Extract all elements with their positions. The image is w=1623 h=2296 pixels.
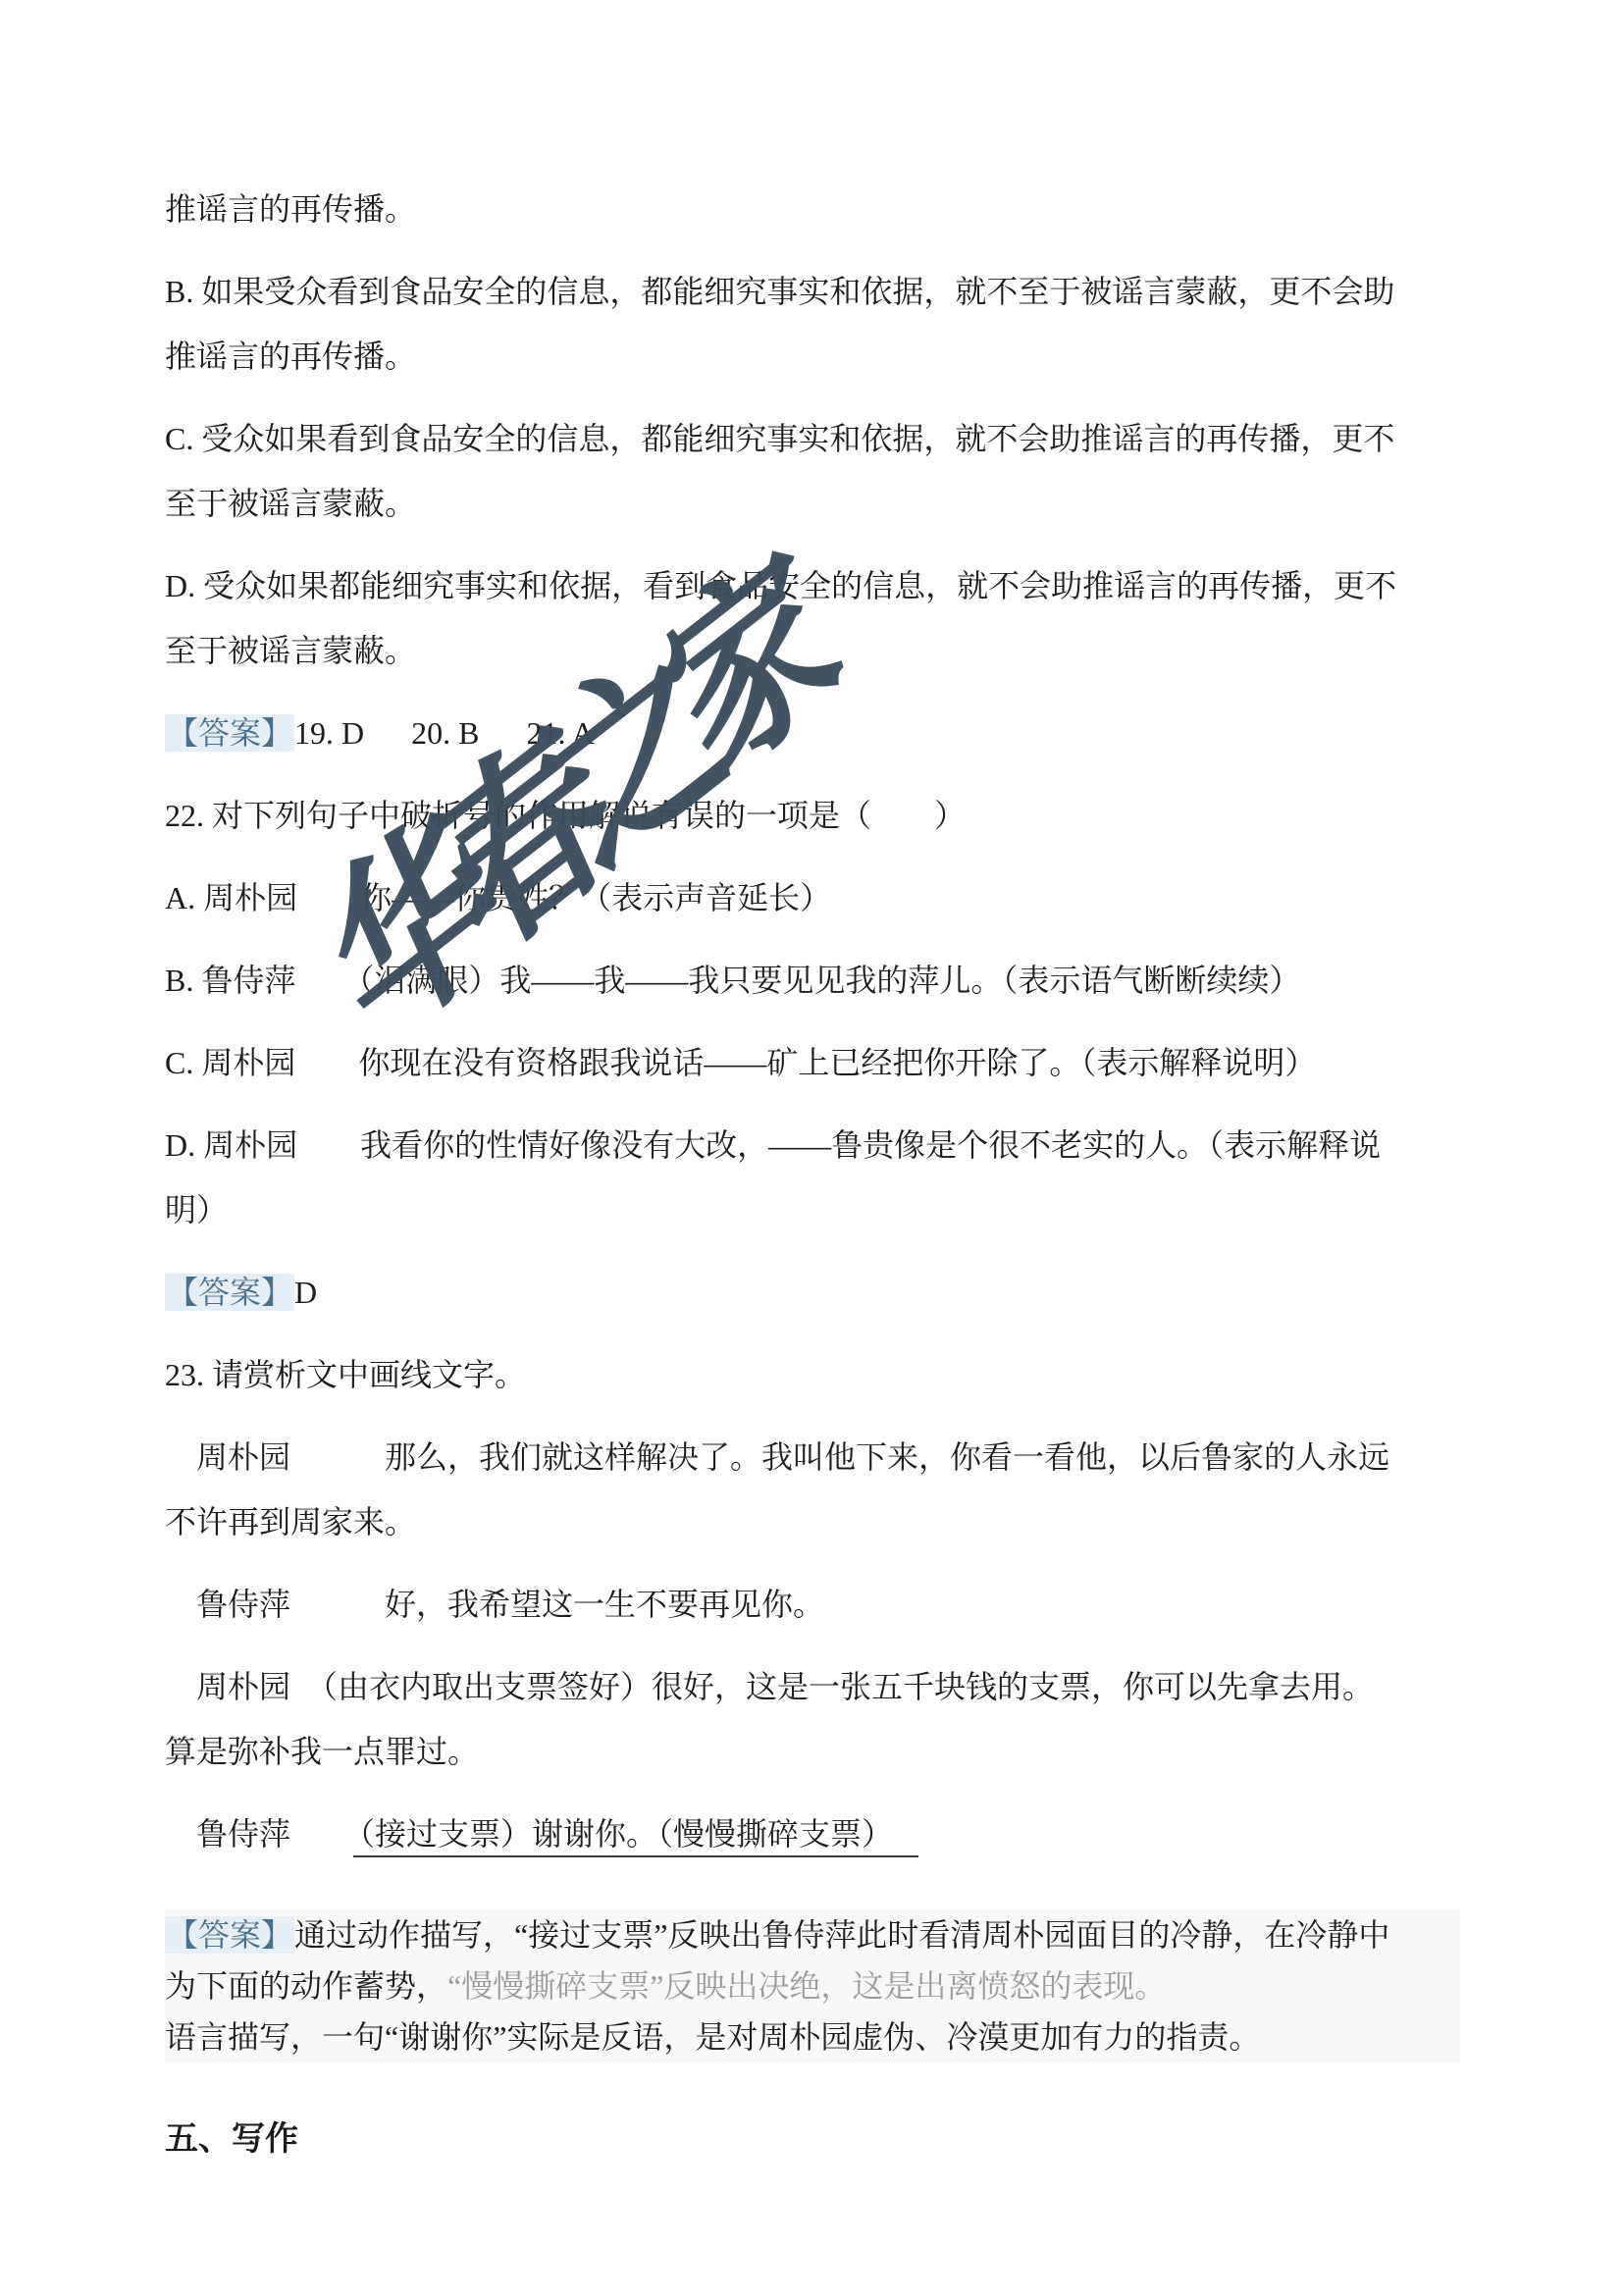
answer-label: 【答案】 [165,1916,294,1954]
q22-option-a: A. 周朴园 你——你贵姓？（表示声音延长） [165,865,1460,930]
q23-dialogue-3: 周朴园 （由衣内取出支票签好）很好，这是一张五千块钱的支票，你可以先拿去用。 算… [165,1654,1460,1784]
q23-dialogue-1: 周朴园 那么，我们就这样解决了。我叫他下来，你看一看他，以后鲁家的人永远 不许再… [165,1425,1460,1554]
q22-option-d: D. 周朴园 我看你的性情好像没有大改，——鲁贵像是个很不老实的人。（表示解释说… [165,1113,1460,1242]
q23-answer-block: 【答案】通过动作描写，“接过支票”反映出鲁侍萍此时看清周朴园面目的冷静，在冷静中… [165,1909,1460,2062]
q23-dialogue-2: 鲁侍萍 好，我希望这一生不要再见你。 [165,1572,1460,1637]
document-page: 华春之家 推谣言的再传播。 B. 如果受众看到食品安全的信息，都能细究事实和依据… [0,0,1623,2296]
q21-option-c: C. 受众如果看到食品安全的信息，都能细究事实和依据，就不会助推谣言的再传播，更… [165,406,1460,536]
q23-answer-part2-gray: “慢慢撕碎支票”反映出决绝，这是出离愤怒的表现。 [447,1968,1166,2004]
q23-answer-line-1: 【答案】通过动作描写，“接过支票”反映出鲁侍萍此时看清周朴园面目的冷静，在冷静中… [165,1909,1460,2011]
q21-option-b: B. 如果受众看到食品安全的信息，都能细究事实和依据，就不至于被谣言蒙蔽，更不会… [165,259,1460,389]
q21-option-a-tail: 推谣言的再传播。 [165,177,1460,241]
q23-answer-line-2: 语言描写，一句“谢谢你”实际是反语，是对周朴园虚伪、冷漠更加有力的指责。 [165,2011,1460,2062]
answer-label: 【答案】 [165,1274,294,1311]
q22-answer-value: D [294,1275,317,1310]
document-content: 推谣言的再传播。 B. 如果受众看到食品安全的信息，都能细究事实和依据，就不至于… [0,0,1623,2172]
section-5-heading: 五、写作 [165,2108,1460,2172]
q22-option-c: C. 周朴园 你现在没有资格跟我说话——矿上已经把你开除了。（表示解释说明） [165,1030,1460,1095]
q19-21-answer-line: 【答案】19. D 20. B 21. A [165,701,1460,765]
q22-answer-line: 【答案】D [165,1260,1460,1325]
q23-dialogue-4-speaker: 鲁侍萍 [196,1816,353,1852]
q23-dialogue-4-underlined-text: （接过支票）谢谢你。（慢慢撕碎支票） [353,1816,918,1857]
answer-label: 【答案】 [165,714,294,752]
q21-option-d: D. 受众如果都能细究事实和依据，看到食品安全的信息，就不会助推谣言的再传播，更… [165,553,1460,683]
q22-option-b: B. 鲁侍萍 （泪满眼）我——我——我只要见见我的萍儿。（表示语气断断续续） [165,948,1460,1013]
q23-stem: 23. 请赏析文中画线文字。 [165,1342,1460,1407]
q22-stem: 22. 对下列句子中破折号的作用解说有误的一项是（ ） [165,783,1460,848]
q23-dialogue-4: 鲁侍萍 （接过支票）谢谢你。（慢慢撕碎支票） [165,1801,1460,1866]
q19-21-answer-values: 19. D 20. B 21. A [294,715,595,751]
